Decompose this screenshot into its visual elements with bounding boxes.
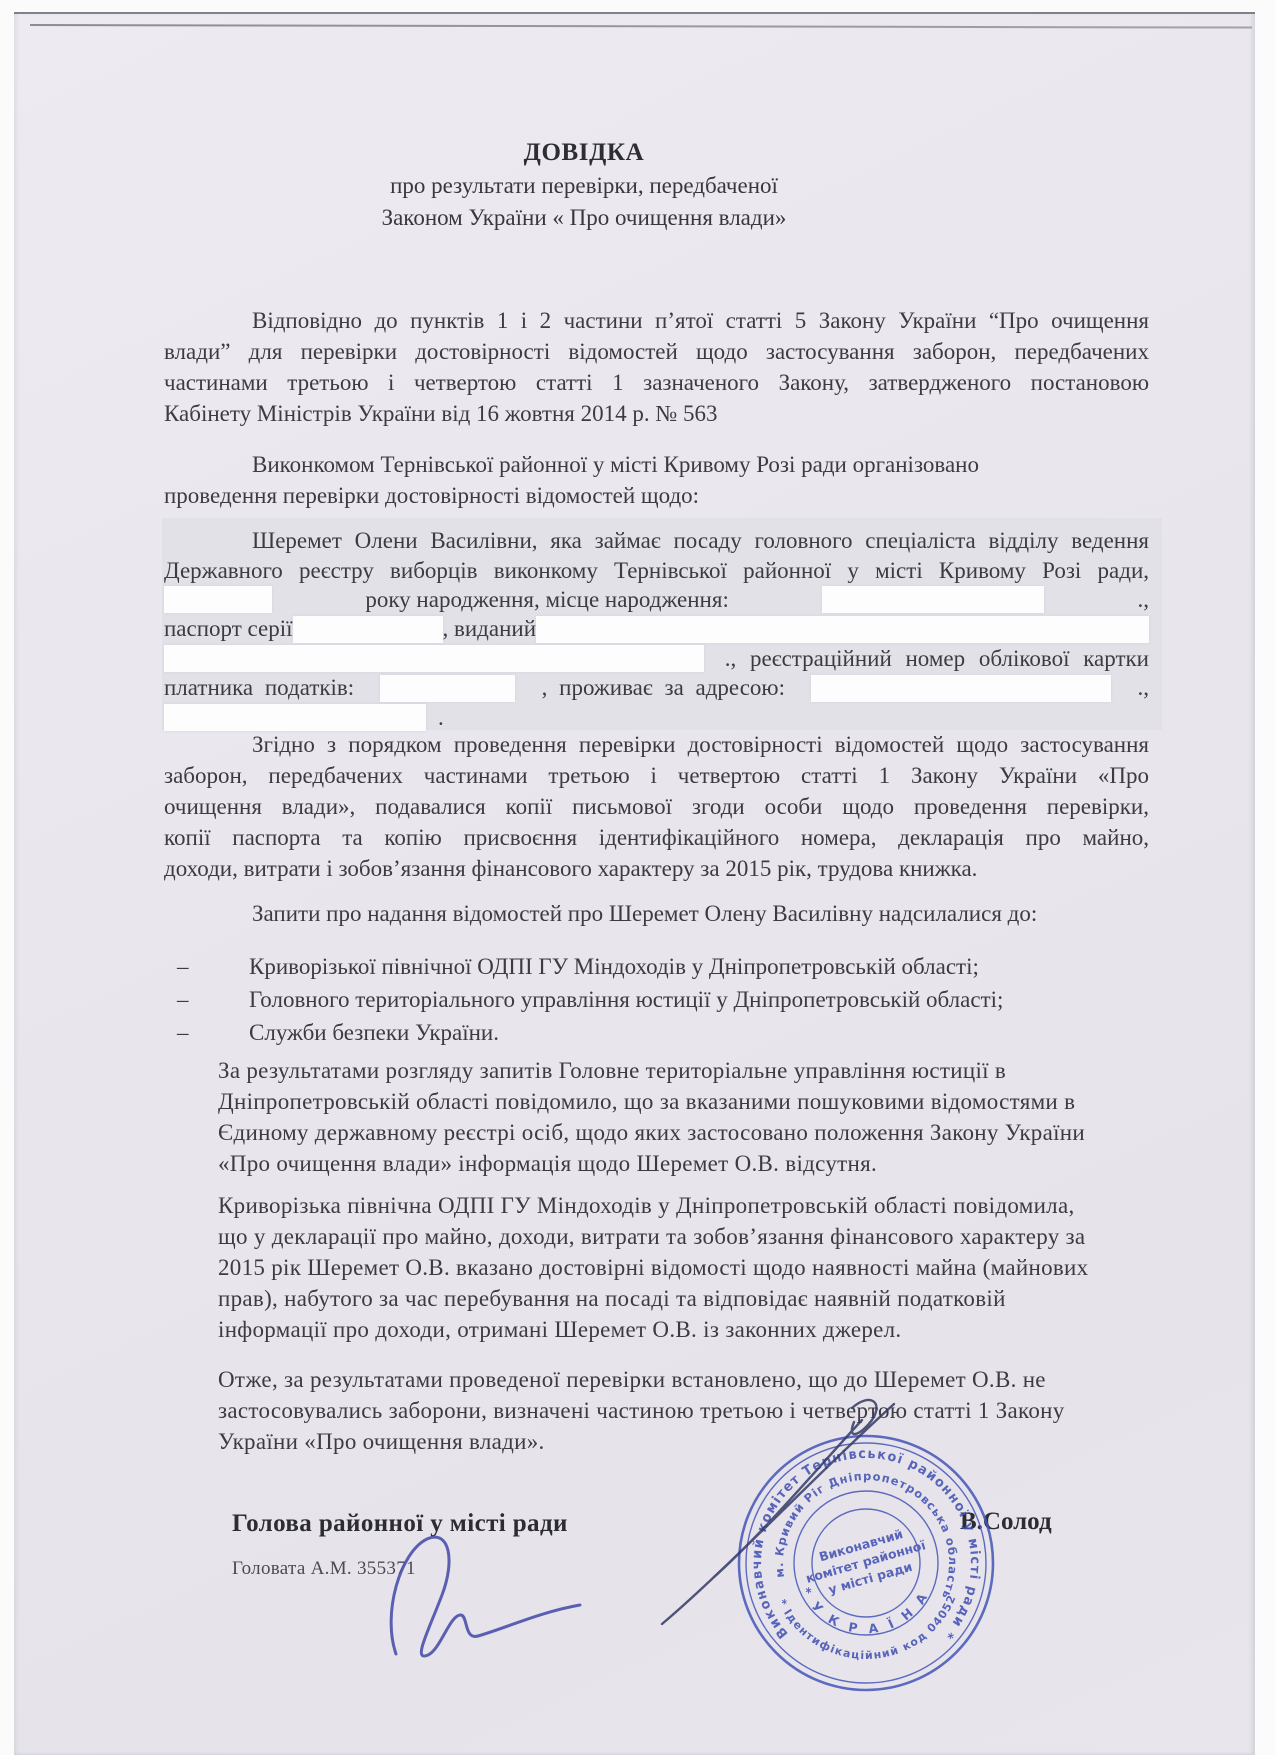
text-line: Шеремет Олени Василівни, яка займає поса… xyxy=(164,526,1149,556)
document-title: ДОВІДКА xyxy=(164,136,1004,170)
paragraph-conclusion: Отже, за результатами проведеної перевір… xyxy=(218,1364,1178,1457)
text-segment: ., xyxy=(1138,587,1150,613)
text-line: прав), набутого за час перебування на по… xyxy=(218,1283,1178,1314)
text-line: Згідно з порядком проведення перевірки д… xyxy=(164,729,1149,760)
redaction-box xyxy=(811,675,1111,702)
official-round-stamp: Виконавчий комітет Тернівської районної … xyxy=(729,1426,1003,1700)
redaction-box xyxy=(164,645,704,672)
text-line: За результатами розгляду запитів Головне… xyxy=(218,1055,1178,1086)
text-line: Криворізька північна ОДПІ ГУ Міндоходів … xyxy=(218,1190,1178,1221)
text-line: проведення перевірки достовірності відом… xyxy=(164,480,1149,511)
paragraph-tax-reply: Криворізька північна ОДПІ ГУ Міндоходів … xyxy=(218,1190,1178,1345)
text-segment: ., реєстраційний номер облікової картки xyxy=(725,646,1149,672)
text-line: інформації про доходи, отримані Шеремет … xyxy=(218,1314,1178,1345)
text-line: частинами третьою і четвертою статті 1 з… xyxy=(164,367,1149,398)
redaction-box xyxy=(164,704,426,731)
text-line: копії паспорта та копію присвоєння ідент… xyxy=(164,822,1149,853)
text-line: що у декларації про майно, доходи, витра… xyxy=(218,1221,1178,1252)
paragraph-procedure: Згідно з порядком проведення перевірки д… xyxy=(164,729,1149,884)
text-line: Отже, за результатами проведеної перевір… xyxy=(218,1364,1178,1395)
text-line: Єдиному державному реєстрі осіб, щодо як… xyxy=(218,1117,1178,1148)
list-dash-marker: – xyxy=(164,950,249,983)
list-item: –Криворізької північної ОДПІ ГУ Міндоход… xyxy=(164,950,1164,983)
text-line: Виконкомом Тернівської районної у місті … xyxy=(164,449,1149,480)
text-line: «Про очищення влади» інформація щодо Шер… xyxy=(218,1148,1178,1179)
text-line: Кабінету Міністрів України від 16 жовтня… xyxy=(164,398,1149,429)
text-segment: платника податків: xyxy=(164,675,354,701)
text-line: Запити про надання відомостей про Шереме… xyxy=(164,898,1149,929)
text-line: Дніпропетровській області повідомило, що… xyxy=(218,1086,1178,1117)
text-segment: . xyxy=(438,705,444,731)
document-subtitle: Законом України « Про очищення влади» xyxy=(164,202,1004,234)
list-item-text: Служби безпеки України. xyxy=(249,1016,499,1049)
redaction-box xyxy=(536,616,1149,643)
redaction-box xyxy=(164,586,272,613)
text-line: України «Про очищення влади». xyxy=(218,1426,1178,1457)
text-line: очищення влади», подавалися копії письмо… xyxy=(164,791,1149,822)
text-line: заборон, передбачених частинами третьою … xyxy=(164,760,1149,791)
list-item-text: Криворізької північної ОДПІ ГУ Міндоході… xyxy=(249,950,979,983)
text-line: застосовувались заборони, визначені част… xyxy=(218,1395,1178,1426)
paragraph-legal-basis: Відповідно до пунктів 1 і 2 частини п’ят… xyxy=(164,305,1149,429)
text-segment: паспорт серії xyxy=(164,616,293,642)
list-dash-marker: – xyxy=(164,983,249,1016)
redacted-text-line: року народження, місце народження:., xyxy=(164,585,1149,615)
text-line: Відповідно до пунктів 1 і 2 частини п’ят… xyxy=(164,305,1149,336)
text-segment: року народження, місце народження: xyxy=(365,587,729,613)
redacted-text-line: паспорт серії, виданий xyxy=(164,615,1149,645)
redacted-lines: року народження, місце народження:.,пасп… xyxy=(164,585,1149,733)
document-subtitle: про результати перевірки, передбаченої xyxy=(164,170,1004,202)
svg-text:* Ідентифікаційний код 0405255: * Ідентифікаційний код 04052554 * xyxy=(775,1553,959,1662)
paragraph-requests: Запити про надання відомостей про Шереме… xyxy=(164,898,1149,929)
signature-stroke xyxy=(391,1537,580,1656)
paragraph-justice-reply: За результатами розгляду запитів Головне… xyxy=(218,1055,1178,1179)
text-segment: , проживає за адресою: xyxy=(542,675,785,701)
text-segment: ., xyxy=(1137,675,1149,701)
document-heading: ДОВІДКА про результати перевірки, передб… xyxy=(164,136,1004,234)
text-line: доходи, витрати і зобов’язання фінансово… xyxy=(164,853,1149,884)
redaction-box xyxy=(822,586,1044,613)
text-line: Державного реєстру виборців виконкому Те… xyxy=(164,556,1149,586)
list-item: –Служби безпеки України. xyxy=(164,1016,1164,1049)
text-line: 2015 рік Шеремет О.В. вказано достовірні… xyxy=(218,1252,1178,1283)
redacted-text-line: ., реєстраційний номер облікової картки xyxy=(164,644,1149,674)
page-top-edge xyxy=(30,24,1252,29)
list-dash-marker: – xyxy=(164,1016,249,1049)
handwritten-signature xyxy=(364,1507,604,1677)
stamp-id-code-text: * Ідентифікаційний код 04052554 * xyxy=(775,1553,959,1662)
redaction-box xyxy=(293,616,443,643)
redaction-box xyxy=(380,675,515,702)
list-item: –Головного територіального управління юс… xyxy=(164,983,1164,1016)
paragraph-person-data: Шеремет Олени Василівни, яка займає поса… xyxy=(164,526,1149,733)
list-item-text: Головного територіального управління юст… xyxy=(249,983,1003,1016)
request-recipients-list: –Криворізької північної ОДПІ ГУ Міндоход… xyxy=(164,950,1164,1049)
redacted-text-line: платника податків:, проживає за адресою:… xyxy=(164,674,1149,704)
text-line: влади” для перевірки достовірності відом… xyxy=(164,336,1149,367)
paragraph-organizer: Виконкомом Тернівської районної у місті … xyxy=(164,449,1149,511)
text-segment: , виданий xyxy=(443,616,537,642)
scanned-page: ДОВІДКА про результати перевірки, передб… xyxy=(14,12,1255,1755)
